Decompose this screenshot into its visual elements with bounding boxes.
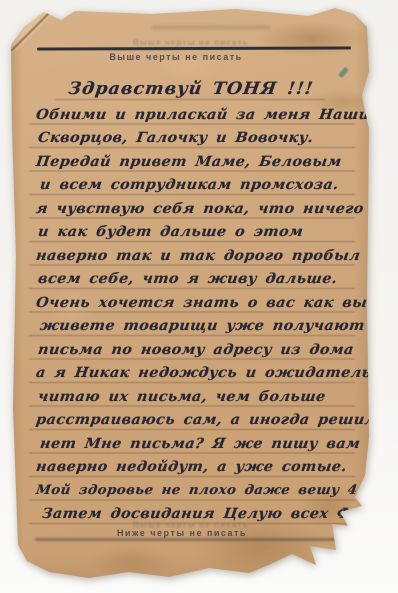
letter-line: и всем сотрудникам промсхоза. [39,177,340,193]
letter-line: Обними и приласкай за меня Наших [35,107,380,123]
letter-paper: Выше черты не писать Выше черты не писат… [11,7,370,585]
letter-line: наверно так и так дорого пробыл [35,248,361,264]
bottom-form-rule-line [35,538,339,541]
top-ghost-stamp-text: Выше черты не писать [71,38,311,47]
letter-line: а я Никак недождусь и ожидательно [35,365,394,381]
letter-line: я чувствую себя пока, что ничего [35,201,365,217]
letter-line: читаю их письма, чем больше [37,389,327,405]
letter-line: Скворцов, Галочку и Вовочку. [37,130,314,146]
letter-line: Мой здоровье не плохо даже вешу 4/100 гр… [35,483,398,498]
scan-background: { "document": { "kind": "scanned handwri… [0,0,398,593]
folded-corner [11,7,57,51]
letter-line: и как будет дальше о этом [37,224,304,240]
letter-line: письма по новому адресу из дома [37,342,355,358]
top-form-rule-line [37,46,351,50]
letter-line: Здравствуй ТОНЯ !!! [67,79,315,99]
letter-line: живете товарищи уже получают [39,318,366,334]
letter-line: нет Мне письма? Я же пишу вам [39,436,361,452]
letter-line: наверно недойдут, а уже сотые. [35,459,348,475]
bottom-form-rule-label: Ниже черты не писать [77,528,287,538]
letter-paper-wrap: Выше черты не писать Выше черты не писат… [11,7,370,585]
letter-line: Очень хочется знать о вас как вы [35,295,368,311]
teal-ink-mark [338,67,349,79]
top-form-rule-label: Выше черты не писать [71,52,281,62]
letter-line: расстраиваюсь сам, а иногда решил [35,412,377,428]
letter-line: Передай привет Маме, Беловым [35,154,343,170]
letter-line: всем себе, что я живу дальше. [37,271,338,287]
top-smudge-mark [151,25,271,30]
salutation-rule [55,99,325,100]
